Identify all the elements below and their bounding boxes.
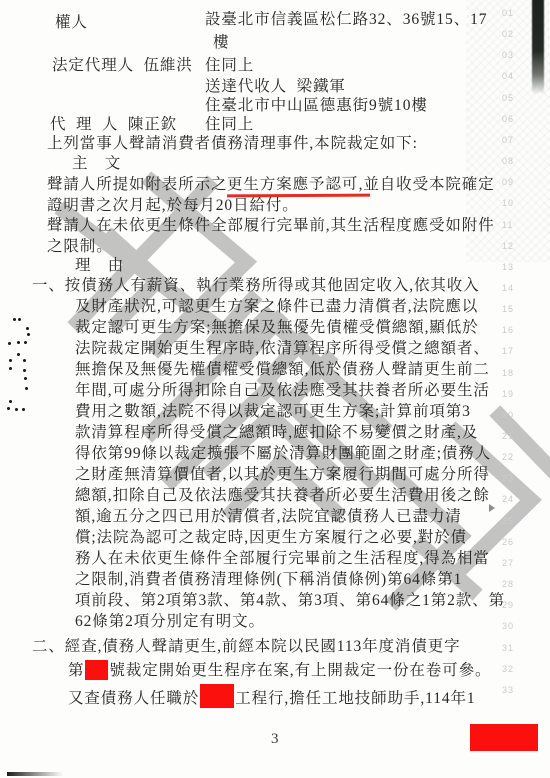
doc-line: 送達代收人 梁鐵軍	[205, 77, 346, 96]
doc-line: 之財產無清算價值者,以其於更生方案履行期間可處分所得	[75, 465, 490, 484]
gutter-line-number: 32	[502, 664, 514, 674]
scan-artifact-dot	[8, 342, 11, 345]
scan-artifact-dot	[13, 318, 16, 321]
doc-line: 二、經查,債務人聲請更生,前經本院以民國113年度消債更字	[32, 637, 461, 656]
doc-line: 聲請人所提如附表所示之更生方案應予認可,並自收受本院確定	[47, 175, 495, 197]
gutter-line-number: 17	[502, 346, 514, 356]
scan-artifact-dot	[23, 369, 26, 372]
gutter-line-number: 10	[502, 198, 514, 208]
doc-text: 款清算程序所得受償之總額時,應扣除不易變價之財產,及	[75, 424, 478, 441]
gutter-line-number: 13	[502, 262, 514, 272]
gutter-line-number: 29	[502, 600, 514, 610]
doc-line: 及財產狀況,可認更生方案之條件已盡力清償者,法院應以	[75, 297, 478, 316]
doc-line: 又查債務人任職於工程行,擔任工地技師助手,114年1	[68, 684, 476, 708]
scan-artifact-dot	[15, 408, 18, 411]
doc-line: 62條第2項分別定有明文。	[75, 612, 265, 631]
doc-text: 之限制。	[47, 238, 113, 255]
gutter-line-number: 08	[502, 156, 514, 166]
red-underlined-text: 更生方案應予認可	[227, 175, 370, 198]
scan-smudge	[7, 772, 63, 776]
doc-text: 證明書之次月起,於每月20日給付。	[47, 197, 299, 214]
gutter-line-number: 26	[502, 537, 514, 547]
gutter-line-number: 21	[502, 431, 514, 441]
gutter-line-number: 11	[502, 220, 513, 230]
doc-text: 法定代理人 伍維洪	[52, 57, 193, 74]
doc-text: 設臺北市信義區松仁路32、36號15、17	[205, 11, 487, 28]
doc-text: 二、經查,債務人聲請更生,前經本院以民國113年度消債更字	[32, 638, 461, 655]
scan-artifact-dot	[22, 408, 25, 411]
gutter-line-number: 31	[502, 643, 514, 653]
doc-text: 工程行,擔任工地技師助手,114年1	[235, 690, 475, 707]
doc-line: 權人	[55, 13, 88, 32]
gutter-line-number: 20	[502, 410, 514, 420]
scan-artifact-dot	[26, 327, 29, 330]
doc-text: 法院裁定開始更生程序時,依清算程序所得受償之總額者、	[75, 340, 490, 357]
gutter-line-number: 28	[502, 579, 514, 589]
doc-line: 住同上	[205, 115, 254, 134]
scan-artifact-dot	[27, 333, 30, 336]
doc-line: 理 由	[75, 256, 124, 275]
gutter-line-number: 06	[502, 114, 514, 124]
gutter-line-number: 19	[502, 389, 514, 399]
doc-line: 上列當事人聲請消費者債務清理事件,本院裁定如下:	[47, 134, 418, 153]
gutter-line-number: 24	[502, 494, 514, 504]
doc-text: 住同上	[205, 57, 254, 74]
doc-line: 務人在未依更生條件全部履行完畢前之生活程度,得為相當	[75, 549, 490, 568]
doc-line: 年間,可處分所得扣除自己及依法應受其扶養者所必要生活	[75, 381, 490, 400]
gutter-line-number: 09	[502, 177, 514, 187]
gutter-line-number: 18	[502, 368, 514, 378]
scan-artifact-dot	[23, 359, 26, 362]
doc-text: 主 文	[72, 155, 121, 172]
doc-line: 無擔保及無優先權債權受償總額,低於債務人聲請更生前二	[75, 360, 490, 379]
doc-text: 號裁定開始更生程序在案,有上開裁定一份在卷可參。	[109, 662, 491, 679]
doc-line: 代 理 人 陳正欽	[50, 115, 177, 134]
doc-text: 項前段、第2項第3款、第4款、第3項、第64條之1第2款、第	[75, 592, 505, 609]
gutter-line-number: 30	[502, 621, 514, 631]
scan-artifact-dot	[17, 353, 20, 356]
doc-text: 之財產無清算價值者,以其於更生方案履行期間可處分所得	[75, 466, 490, 483]
redaction-stamp-bottom-right	[470, 724, 538, 751]
doc-text: 之限制,消費者債務清理條例(下稱消債條例)第64條第1	[75, 571, 462, 588]
gutter-line-number: 02	[502, 29, 514, 39]
doc-text: 62條第2項分別定有明文。	[75, 613, 265, 630]
doc-text: 住臺北市中山區德惠街9號10樓	[205, 97, 428, 114]
redaction-box	[85, 660, 108, 680]
scan-edge-shadow	[532, 0, 544, 94]
doc-text: 及財產狀況,可認更生方案之條件已盡力清償者,法院應以	[75, 298, 478, 315]
doc-text: 償;法院為認可之裁定時,因更生方案履行之必要,對於債	[75, 529, 467, 546]
doc-line: 一、按債務人有薪資、執行業務所得或其他固定收入,依其收入	[32, 276, 480, 295]
doc-line: 證明書之次月起,於每月20日給付。	[47, 196, 299, 215]
doc-text: 聲請人在未依更生條件全部履行完畢前,其生活程度應受如附件	[47, 217, 495, 234]
doc-text: 樓	[213, 34, 229, 51]
gutter-line-number: 25	[502, 516, 514, 526]
doc-line: 設臺北市信義區松仁路32、36號15、17	[205, 10, 487, 29]
doc-text: 裁定認可更生方案;無擔保及無優先債權受償總額,顯低於	[75, 319, 479, 336]
scan-artifact-dot	[18, 318, 21, 321]
doc-text: 年間,可處分所得扣除自己及依法應受其扶養者所必要生活	[75, 382, 490, 399]
doc-line: 之限制,消費者債務清理條例(下稱消債條例)第64條第1	[75, 570, 462, 589]
scanned-court-ruling-page: 3 權人設臺北市信義區松仁路32、36號15、17樓法定代理人 伍維洪住同上送達…	[0, 0, 550, 778]
doc-line: 法定代理人 伍維洪	[52, 56, 193, 75]
doc-line: 聲請人在未依更生條件全部履行完畢前,其生活程度應受如附件	[47, 216, 495, 235]
doc-text: 額,逾五分之四已用於清償者,法院宜認債務人已盡力清	[75, 508, 462, 525]
gutter-line-number: 07	[502, 135, 514, 145]
scan-artifact-dot	[24, 341, 27, 344]
scan-artifact-dot	[7, 407, 10, 410]
redaction-box	[200, 684, 234, 708]
doc-line: 裁定認可更生方案;無擔保及無優先債權受償總額,顯低於	[75, 318, 479, 337]
doc-text: 送達代收人 梁鐵軍	[205, 78, 346, 95]
doc-text: 無擔保及無優先權債權受償總額,低於債務人聲請更生前二	[75, 361, 490, 378]
doc-text: 總額,扣除自己及依法應受其扶養者所必要生活費用後之餘	[75, 487, 490, 504]
doc-line: 主 文	[72, 154, 121, 173]
doc-text: ,並自收受本院確定	[359, 176, 495, 193]
doc-line: 樓	[213, 33, 229, 52]
scan-artifact-dot	[25, 387, 28, 390]
doc-line: 之限制。	[47, 237, 113, 256]
scan-artifact-dot	[24, 377, 27, 380]
page-number: 3	[271, 731, 279, 748]
doc-text: 聲請人所提如附表所示之	[47, 176, 227, 193]
doc-line: 償;法院為認可之裁定時,因更生方案履行之必要,對於債	[75, 528, 467, 547]
doc-line: 第號裁定開始更生程序在案,有上開裁定一份在卷可參。	[68, 660, 491, 680]
gutter-line-number: 04	[502, 71, 514, 81]
doc-line: 住同上	[205, 56, 254, 75]
scan-artifact-dot	[9, 359, 12, 362]
doc-line: 項前段、第2項第3款、第4款、第3項、第64條之1第2款、第	[75, 591, 505, 610]
gutter-line-number: 22	[502, 452, 514, 462]
doc-line: 額,逾五分之四已用於清償者,法院宜認債務人已盡力清	[75, 507, 462, 526]
doc-text: 理 由	[75, 257, 124, 274]
doc-line: 得依第99條以裁定擴張不屬於清算財團範圍之財產;債務人	[75, 444, 491, 463]
doc-line: 款清算程序所得受償之總額時,應扣除不易變價之財產,及	[75, 423, 478, 442]
gutter-line-number: 03	[502, 50, 514, 60]
doc-text: 住同上	[205, 116, 254, 133]
gutter-line-number: 33	[502, 685, 514, 695]
doc-text: 得依第99條以裁定擴張不屬於清算財團範圍之財產;債務人	[75, 445, 491, 462]
doc-line: 費用之數額,法院不得以裁定認可更生方案;計算前項第3	[75, 402, 471, 421]
doc-line: 總額,扣除自己及依法應受其扶養者所必要生活費用後之餘	[75, 486, 490, 505]
doc-text: 費用之數額,法院不得以裁定認可更生方案;計算前項第3	[75, 403, 471, 420]
gutter-line-number: 12	[502, 241, 514, 251]
scan-artifact-dot	[9, 400, 12, 403]
doc-text: 又查債務人任職於	[68, 690, 199, 707]
gutter-line-number: 05	[502, 93, 514, 103]
gutter-line-number: 16	[502, 325, 514, 335]
gutter-line-number: 27	[502, 558, 514, 568]
doc-line: 住臺北市中山區德惠街9號10樓	[205, 96, 428, 115]
doc-text: 一、按債務人有薪資、執行業務所得或其他固定收入,依其收入	[32, 277, 480, 294]
doc-text: 權人	[55, 14, 88, 31]
gutter-line-number: 01	[502, 8, 514, 18]
doc-text: 上列當事人聲請消費者債務清理事件,本院裁定如下:	[47, 135, 418, 152]
scan-artifact-dot	[9, 367, 12, 370]
doc-line: 法院裁定開始更生程序時,依清算程序所得受償之總額者、	[75, 339, 490, 358]
gutter-line-number: 23	[502, 473, 514, 483]
doc-text: 第	[68, 662, 84, 679]
gutter-line-number: 14	[502, 283, 514, 293]
gutter-line-number: 15	[502, 304, 514, 314]
margin-arrow-mark	[489, 504, 495, 512]
doc-text: 代 理 人 陳正欽	[50, 116, 177, 133]
scan-artifact-dot	[17, 341, 20, 344]
doc-text: 務人在未依更生條件全部履行完畢前之生活程度,得為相當	[75, 550, 490, 567]
